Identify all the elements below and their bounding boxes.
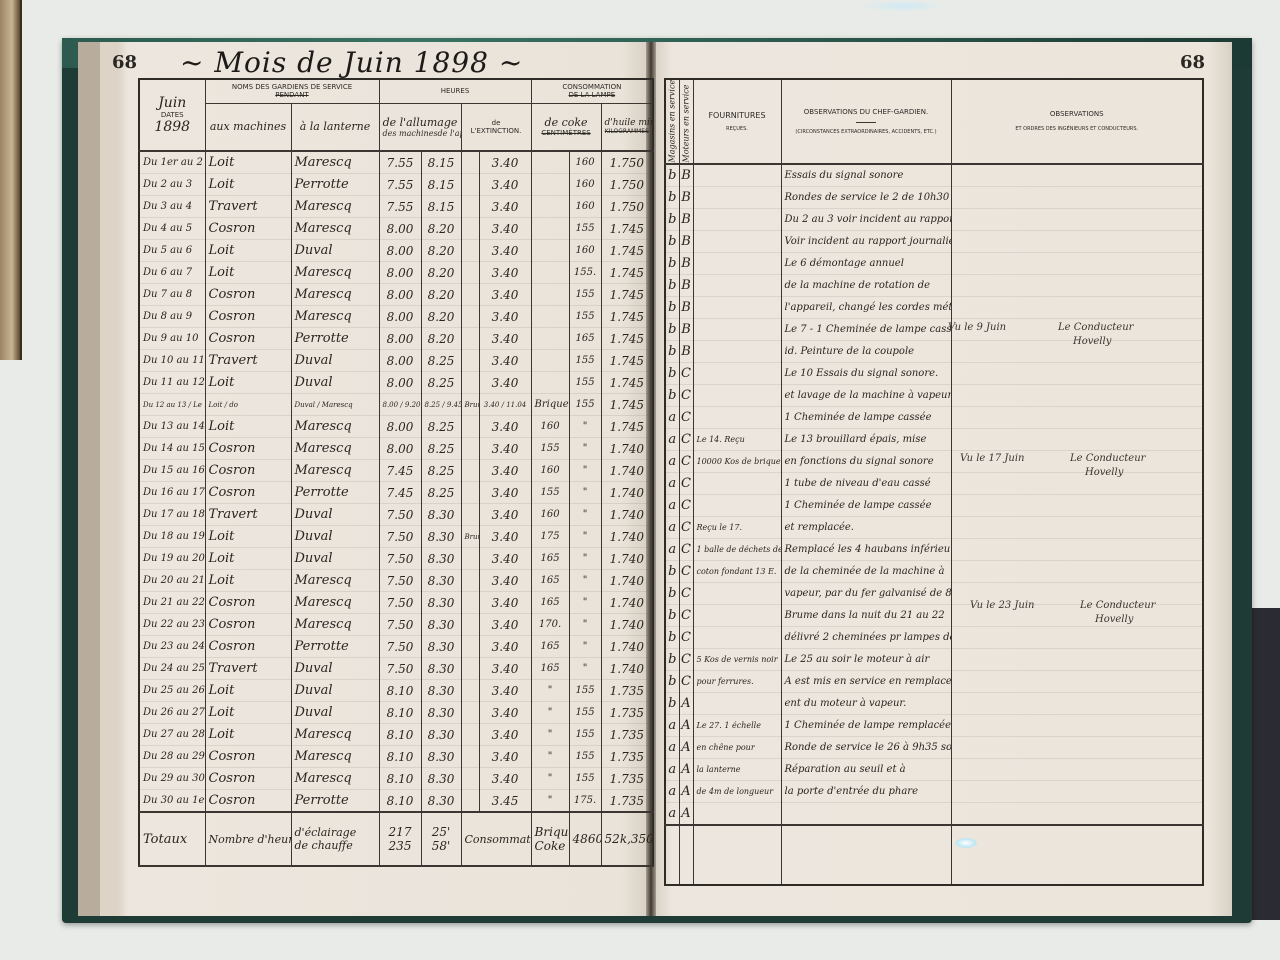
lantern-guard-cell: Marescq xyxy=(291,746,379,768)
oil-cell: 1.735 xyxy=(601,702,653,724)
supplies-cell xyxy=(693,164,781,187)
oil-cell: 1.750 xyxy=(601,174,653,196)
supplies-cell xyxy=(693,582,781,604)
light-reflection xyxy=(858,0,948,12)
supplies-cell xyxy=(693,406,781,428)
lighting-apparatus-cell: 8.25 xyxy=(421,438,461,460)
supplies-cell xyxy=(693,604,781,626)
chief-observation-cell: 1 tube de niveau d'eau cassé xyxy=(781,472,951,494)
coke-cell: " xyxy=(569,526,601,548)
extinction-time-cell: 3.40 xyxy=(479,416,531,438)
coke-struck-label: centimètres xyxy=(535,129,598,137)
extinction-note-cell xyxy=(461,416,479,438)
coke-cell: 155 xyxy=(569,218,601,240)
extinction-note-cell xyxy=(461,151,479,174)
lighting-label: de l'allumage xyxy=(383,116,458,129)
oil-cell: 1.745 xyxy=(601,306,653,328)
lantern-guard-cell: Marescq xyxy=(291,460,379,482)
briquettes-cell: " xyxy=(531,724,569,746)
engineer-observation-cell xyxy=(951,186,1203,208)
supplies-cell xyxy=(693,186,781,208)
oil-cell: 1.745 xyxy=(601,218,653,240)
oil-cell: 1.745 xyxy=(601,372,653,394)
extinction-header: de L'EXTINCTION. xyxy=(461,103,531,151)
extinction-time-cell: 3.40 xyxy=(479,372,531,394)
lighting-machines-cell: 8.00 xyxy=(379,218,421,240)
supplies-cell xyxy=(693,318,781,340)
machines-guard-cell: Loit xyxy=(205,548,291,570)
extinction-note-cell xyxy=(461,262,479,284)
briquettes-cell: 165 xyxy=(531,570,569,592)
lantern-guard-cell: Marescq xyxy=(291,416,379,438)
date-cell: Du 9 au 10 xyxy=(139,328,205,350)
machines-guard-cell: Cosron xyxy=(205,592,291,614)
chief-observation-cell: Essais du signal sonore xyxy=(781,164,951,187)
stores-status-cell: b xyxy=(665,626,679,648)
observations-table: Magasins en service Moteurs en service F… xyxy=(664,78,1204,886)
briquettes-cell: " xyxy=(531,702,569,724)
coke-cell: 155 xyxy=(569,350,601,372)
chief-observation-cell: la porte d'entrée du phare xyxy=(781,780,951,802)
log-row: Du 3 au 4TravertMarescq7.558.153.401601.… xyxy=(139,196,653,218)
lighting-machines-cell: 7.50 xyxy=(379,526,421,548)
observation-row: bBl'appareil, changé les cordes métal. xyxy=(665,296,1203,318)
supplies-sub-label: REÇUES. xyxy=(697,126,778,132)
engineer-observation-cell xyxy=(951,648,1203,670)
lighting-hours-value: 217 xyxy=(383,825,418,839)
engine-status-cell: B xyxy=(679,340,693,362)
extinction-note-cell xyxy=(461,350,479,372)
lighting-apparatus-cell: 8.25 xyxy=(421,460,461,482)
stores-status-cell: b xyxy=(665,340,679,362)
engine-status-cell: B xyxy=(679,186,693,208)
stores-in-service-header: Magasins en service xyxy=(665,79,679,164)
engineer-signature: Hovelly xyxy=(1085,467,1123,478)
engine-status-cell: C xyxy=(679,648,693,670)
observation-row: bCcoton fondant 13 E.de la cheminée de l… xyxy=(665,560,1203,582)
engineer-observation-cell xyxy=(951,736,1203,758)
extinction-time-cell: 3.40 xyxy=(479,482,531,504)
engine-status-cell: A xyxy=(679,758,693,780)
extinction-time-cell: 3.40 xyxy=(479,658,531,680)
machines-guard-cell: Loit xyxy=(205,702,291,724)
machines-guard-cell: Cosron xyxy=(205,328,291,350)
coke-cell: " xyxy=(569,460,601,482)
date-cell: Du 5 au 6 xyxy=(139,240,205,262)
briquettes-cell xyxy=(531,350,569,372)
lighting-apparatus-cell: 8.30 xyxy=(421,724,461,746)
engine-status-cell: C xyxy=(679,406,693,428)
engine-status-cell: C xyxy=(679,560,693,582)
coke-cell: 160 xyxy=(569,151,601,174)
lantern-guard-cell: Perrotte xyxy=(291,482,379,504)
chief-observations-header: OBSERVATIONS DU CHEF-GARDIEN. (CIRCONSTA… xyxy=(781,79,951,164)
log-row: Du 23 au 24CosronPerrotte7.508.303.40165… xyxy=(139,636,653,658)
observation-row: bBDu 2 au 3 voir incident au rapport jou… xyxy=(665,208,1203,230)
engine-status-cell: C xyxy=(679,362,693,384)
extinction-time-cell: 3.40 xyxy=(479,174,531,196)
stores-status-cell: a xyxy=(665,494,679,516)
engine-status-cell: C xyxy=(679,516,693,538)
log-row: Du 21 au 22CosronMarescq7.508.303.40165"… xyxy=(139,592,653,614)
stores-status-cell: b xyxy=(665,362,679,384)
machines-guard-cell: Cosron xyxy=(205,218,291,240)
lantern-guard-cell: Duval xyxy=(291,240,379,262)
lighting-machines-cell: 8.10 xyxy=(379,680,421,702)
lighting-apparatus-cell: 8.30 xyxy=(421,548,461,570)
oil-cell: 1.740 xyxy=(601,482,653,504)
log-row: Du 22 au 23CosronMarescq7.508.303.40170.… xyxy=(139,614,653,636)
date-cell: Du 19 au 20 xyxy=(139,548,205,570)
coke-cell: " xyxy=(569,482,601,504)
date-cell: Du 6 au 7 xyxy=(139,262,205,284)
machines-guard-cell: Loit xyxy=(205,240,291,262)
lantern-guard-cell: Marescq xyxy=(291,768,379,790)
briquettes-cell: 170. xyxy=(531,614,569,636)
extinction-label: L'EXTINCTION. xyxy=(465,127,528,135)
lantern-guard-cell: Perrotte xyxy=(291,636,379,658)
engineer-observation-cell xyxy=(951,472,1203,494)
extinction-time-cell: 3.40 xyxy=(479,218,531,240)
guards-struck-label: pendant xyxy=(209,91,376,99)
supplies-cell xyxy=(693,802,781,825)
lighting-machines-cell: 8.00 xyxy=(379,328,421,350)
coke-cell: 160 xyxy=(569,240,601,262)
machines-guard-cell: Loit xyxy=(205,262,291,284)
stores-status-cell: a xyxy=(665,736,679,758)
extinction-time-cell: 3.40 xyxy=(479,328,531,350)
date-cell: Du 18 au 19 xyxy=(139,526,205,548)
lighting-apparatus-cell: 8.25 xyxy=(421,372,461,394)
supplies-cell: Reçu le 17. xyxy=(693,516,781,538)
consumption-label: CONSOMMATION xyxy=(535,83,650,91)
briquettes-cell xyxy=(531,240,569,262)
briquettes-cell xyxy=(531,306,569,328)
engineer-signature-title: Le Conducteur xyxy=(1080,600,1155,611)
extinction-note-cell xyxy=(461,570,479,592)
supplies-cell: 5 Kos de vernis noir xyxy=(693,648,781,670)
supplies-cell xyxy=(693,208,781,230)
extinction-note-cell xyxy=(461,504,479,526)
lantern-guard-cell: Perrotte xyxy=(291,790,379,813)
log-row: Du 14 au 15CosronMarescq8.008.253.40155"… xyxy=(139,438,653,460)
lighting-machines-cell: 8.10 xyxy=(379,724,421,746)
engine-status-cell: A xyxy=(679,692,693,714)
consumption-total-label: Consommation xyxy=(461,812,531,866)
lantern-guard-cell: Duval / Marescq xyxy=(291,394,379,416)
lighting-machines-cell: 7.50 xyxy=(379,614,421,636)
engineer-observation-cell xyxy=(951,516,1203,538)
extinction-time-cell: 3.40 xyxy=(479,438,531,460)
stores-status-cell: a xyxy=(665,714,679,736)
stores-status-cell: b xyxy=(665,604,679,626)
date-cell: Du 12 au 13 / Le 13 xyxy=(139,394,205,416)
machines-guard-cell: Loit xyxy=(205,526,291,548)
observation-row: aAde 4m de longueurla porte d'entrée du … xyxy=(665,780,1203,802)
observation-row: aC1 Cheminée de lampe cassée xyxy=(665,406,1203,428)
machines-guard-cell: Loit xyxy=(205,174,291,196)
briquettes-cell: 155 xyxy=(531,438,569,460)
log-row: Du 27 au 28LoitMarescq8.108.303.40"1551.… xyxy=(139,724,653,746)
engine-status-cell: C xyxy=(679,384,693,406)
observation-row: bBLe 6 démontage annuel xyxy=(665,252,1203,274)
date-cell: Du 30 au 1er xyxy=(139,790,205,813)
extinction-note-cell xyxy=(461,218,479,240)
oil-cell: 1.745 xyxy=(601,262,653,284)
stores-status-cell: b xyxy=(665,648,679,670)
coke-cell: 155. xyxy=(569,262,601,284)
log-row: Du 20 au 21LoitMarescq7.508.303.40165"1.… xyxy=(139,570,653,592)
chief-observation-cell xyxy=(781,802,951,825)
log-row: Du 25 au 26LoitDuval8.108.303.40"1551.73… xyxy=(139,680,653,702)
lighting-apparatus-cell: 8.30 xyxy=(421,790,461,813)
chief-observation-cell: A est mis en service en remplacem. xyxy=(781,670,951,692)
briquettes-cell: 165 xyxy=(531,636,569,658)
stores-status-cell: a xyxy=(665,428,679,450)
engine-status-cell: B xyxy=(679,164,693,187)
fuel-combined: 4860 xyxy=(569,812,601,866)
engineer-observation-cell xyxy=(951,208,1203,230)
extinction-time-cell: 3.40 xyxy=(479,460,531,482)
oil-cell: 1.740 xyxy=(601,526,653,548)
extinction-time-cell: 3.40 xyxy=(479,196,531,218)
lighting-machines-cell: 7.50 xyxy=(379,504,421,526)
engine-status-cell: B xyxy=(679,296,693,318)
lighting-apparatus-cell: 8.15 xyxy=(421,151,461,174)
date-cell: Du 1er au 2 xyxy=(139,151,205,174)
chief-observation-cell: Brume dans la nuit du 21 au 22 xyxy=(781,604,951,626)
lighting-machines-cell: 8.00 xyxy=(379,350,421,372)
briquettes-cell: 155 xyxy=(531,482,569,504)
machines-guard-cell: Cosron xyxy=(205,746,291,768)
date-cell: Du 8 au 9 xyxy=(139,306,205,328)
machines-guard-cell: Cosron xyxy=(205,460,291,482)
chief-observation-cell: Du 2 au 3 voir incident au rapport journ… xyxy=(781,208,951,230)
briquettes-cell xyxy=(531,151,569,174)
lighting-machines-cell: 7.55 xyxy=(379,196,421,218)
oil-cell: 1.750 xyxy=(601,196,653,218)
extinction-note-cell xyxy=(461,328,479,350)
extinction-time-cell: 3.40 xyxy=(479,306,531,328)
chief-observations-label: OBSERVATIONS DU CHEF-GARDIEN. xyxy=(785,108,948,116)
lantern-guard-cell: Marescq xyxy=(291,262,379,284)
coke-cell: " xyxy=(569,614,601,636)
observation-row: bBVoir incident au rapport journalier du… xyxy=(665,230,1203,252)
lighting-apparatus-cell: 8.20 xyxy=(421,218,461,240)
oil-cell: 1.740 xyxy=(601,614,653,636)
coke-cell: " xyxy=(569,570,601,592)
dates-header: Juin DATES 1898 xyxy=(139,79,205,151)
supplies-cell: de 4m de longueur xyxy=(693,780,781,802)
engine-status-cell: A xyxy=(679,802,693,825)
extinction-note-cell xyxy=(461,460,479,482)
oil-cell: 1.740 xyxy=(601,592,653,614)
fuel-breakdown: Briquettes 2020. Coke 2840. xyxy=(531,812,569,866)
date-cell: Du 29 au 30 xyxy=(139,768,205,790)
engine-status-cell: B xyxy=(679,318,693,340)
coke-cell: 165 xyxy=(569,328,601,350)
extinction-note-cell xyxy=(461,724,479,746)
date-cell: Du 27 au 28 xyxy=(139,724,205,746)
log-row: Du 8 au 9CosronMarescq8.008.203.401551.7… xyxy=(139,306,653,328)
machines-guard-cell: Cosron xyxy=(205,790,291,813)
observation-row: bBEssais du signal sonore xyxy=(665,164,1203,187)
engineer-observation-cell xyxy=(951,362,1203,384)
date-cell: Du 4 au 5 xyxy=(139,218,205,240)
log-row: Du 29 au 30CosronMarescq8.108.303.40"155… xyxy=(139,768,653,790)
lighting-apparatus-cell: 8.20 xyxy=(421,240,461,262)
coke-total-label: Coke xyxy=(535,839,566,853)
chief-observation-cell: Le 25 au soir le moteur à air xyxy=(781,648,951,670)
stores-status-cell: b xyxy=(665,582,679,604)
extinction-time-cell: 3.40 xyxy=(479,592,531,614)
observation-row: bBRondes de service le 2 de 10h30 à 11h3… xyxy=(665,186,1203,208)
coke-cell: 175. xyxy=(569,790,601,813)
engineer-signature-title: Le Conducteur xyxy=(1070,453,1145,464)
engines-in-service-header: Moteurs en service xyxy=(679,79,693,164)
engineer-observation-cell xyxy=(951,780,1203,802)
supplies-label: FOURNITURES xyxy=(697,111,778,120)
engine-status-cell: B xyxy=(679,252,693,274)
log-row: Du 18 au 19LoitDuval7.508.30Brume3.40175… xyxy=(139,526,653,548)
engineer-observation-cell xyxy=(951,758,1203,780)
date-cell: Du 23 au 24 xyxy=(139,636,205,658)
supplies-cell: coton fondant 13 E. xyxy=(693,560,781,582)
machines-guard-cell: Travert xyxy=(205,350,291,372)
oil-cell: 1.745 xyxy=(601,350,653,372)
lighting-apparatus-cell: 8.30 xyxy=(421,680,461,702)
date-cell: Du 15 au 16 xyxy=(139,460,205,482)
coke-cell: 155 xyxy=(569,702,601,724)
extinction-note-cell xyxy=(461,196,479,218)
oil-cell: 1.735 xyxy=(601,680,653,702)
engine-status-cell: A xyxy=(679,714,693,736)
log-row: Du 15 au 16CosronMarescq7.458.253.40160"… xyxy=(139,460,653,482)
chief-observation-cell: 1 Cheminée de lampe cassée xyxy=(781,494,951,516)
machines-guard-cell: Loit xyxy=(205,570,291,592)
oil-cell: 1.735 xyxy=(601,724,653,746)
oil-total: 52k,350 xyxy=(601,812,653,866)
lighting-machines-cell: 8.00 xyxy=(379,306,421,328)
lighting-machines-cell: 8.10 xyxy=(379,768,421,790)
extinction-time-cell: 3.40 xyxy=(479,240,531,262)
oil-struck-label: kilogrammes xyxy=(605,128,650,135)
lighting-apparatus-cell: 8.15 xyxy=(421,174,461,196)
lantern-guard-cell: Duval xyxy=(291,658,379,680)
lantern-guard-cell: Marescq xyxy=(291,151,379,174)
observation-row: bBid. Peinture de la coupole xyxy=(665,340,1203,362)
lighting-header: de l'allumage des machines de l'appareil xyxy=(379,103,461,151)
lighting-machines-cell: 8.10 xyxy=(379,746,421,768)
heating-hours-label: de chauffe xyxy=(295,839,376,852)
lighting-machines-cell: 8.00 xyxy=(379,416,421,438)
extinction-note-cell xyxy=(461,614,479,636)
chief-observation-cell: Réparation au seuil et à xyxy=(781,758,951,780)
chief-observation-cell: ent du moteur à vapeur. xyxy=(781,692,951,714)
stores-status-cell: b xyxy=(665,252,679,274)
lantern-guard-cell: Duval xyxy=(291,680,379,702)
lighting-machines-cell: 8.00 xyxy=(379,438,421,460)
log-row: Du 26 au 27LoitDuval8.108.303.40"1551.73… xyxy=(139,702,653,724)
date-cell: Du 13 au 14 xyxy=(139,416,205,438)
heating-hours-value: 235 xyxy=(383,839,418,853)
hours-totals: 217 235 xyxy=(379,812,421,866)
log-row: Du 9 au 10CosronPerrotte8.008.203.401651… xyxy=(139,328,653,350)
observation-row: aALe 27. 1 échelle1 Cheminée de lampe re… xyxy=(665,714,1203,736)
extinction-note-cell xyxy=(461,240,479,262)
month-label: Juin xyxy=(143,95,202,111)
lighting-apparatus-cell: 8.25 xyxy=(421,350,461,372)
supplies-cell xyxy=(693,362,781,384)
chief-observation-cell: Le 13 brouillard épais, mise xyxy=(781,428,951,450)
coke-cell: " xyxy=(569,636,601,658)
oil-cell: 1.735 xyxy=(601,768,653,790)
machines-guard-cell: Travert xyxy=(205,196,291,218)
stores-status-cell: b xyxy=(665,296,679,318)
supplies-cell xyxy=(693,626,781,648)
extinction-time-cell: 3.40 xyxy=(479,746,531,768)
extinction-note-cell xyxy=(461,372,479,394)
oil-cell: 1.740 xyxy=(601,438,653,460)
log-row: Du 30 au 1erCosronPerrotte8.108.303.45"1… xyxy=(139,790,653,813)
coke-cell: " xyxy=(569,438,601,460)
observation-row: aCReçu le 17.et remplacée. xyxy=(665,516,1203,538)
extinction-note-cell xyxy=(461,768,479,790)
lighting-apparatus-cell: 8.30 xyxy=(421,658,461,680)
observation-row: aA xyxy=(665,802,1203,825)
briquettes-cell xyxy=(531,284,569,306)
briquettes-cell: Briquet. 30. xyxy=(531,394,569,416)
engineer-observations-header: OBSERVATIONS ET ORDRES DES INGÉNIEURS ET… xyxy=(951,79,1203,164)
chief-observation-cell: de la cheminée de la machine à xyxy=(781,560,951,582)
observation-row: aCLe 14. ReçuLe 13 brouillard épais, mis… xyxy=(665,428,1203,450)
engine-status-cell: B xyxy=(679,208,693,230)
extinction-note-cell: Brume xyxy=(461,526,479,548)
date-cell: Du 3 au 4 xyxy=(139,196,205,218)
coke-cell: 155 xyxy=(569,746,601,768)
supplies-cell: en chêne pour xyxy=(693,736,781,758)
extinction-time-cell: 3.40 xyxy=(479,724,531,746)
engine-status-cell: C xyxy=(679,494,693,516)
observation-row: bCet lavage de la machine à vapeur xyxy=(665,384,1203,406)
lighting-hours-label: d'éclairage xyxy=(295,826,376,839)
chief-observation-cell: et remplacée. xyxy=(781,516,951,538)
briquettes-label: Briquettes xyxy=(535,825,570,839)
chief-observation-cell: Le 6 démontage annuel xyxy=(781,252,951,274)
observation-row: bCpour ferrures.A est mis en service en … xyxy=(665,670,1203,692)
log-row: Du 17 au 18TravertDuval7.508.303.40160"1… xyxy=(139,504,653,526)
lighting-minutes-value: 25' xyxy=(425,825,458,839)
briquettes-cell: 165 xyxy=(531,548,569,570)
lighting-machines-cell: 8.00 xyxy=(379,284,421,306)
date-cell: Du 20 au 21 xyxy=(139,570,205,592)
lantern-guard-cell: Marescq xyxy=(291,218,379,240)
supplies-cell: la lanterne xyxy=(693,758,781,780)
coke-header: de coke centimètres xyxy=(531,103,601,151)
machines-guard-cell: Loit / do xyxy=(205,394,291,416)
lantern-guard-cell: Duval xyxy=(291,504,379,526)
engine-status-cell: A xyxy=(679,736,693,758)
engine-status-cell: C xyxy=(679,472,693,494)
engineer-signature: Hovelly xyxy=(1073,336,1111,347)
lighting-machines-cell: 8.00 xyxy=(379,240,421,262)
stores-status-cell: a xyxy=(665,758,679,780)
lighting-apparatus-cell: 8.25 xyxy=(421,416,461,438)
observation-row: bCLe 10 Essais du signal sonore. xyxy=(665,362,1203,384)
lantern-guard-cell: Marescq xyxy=(291,196,379,218)
extinction-time-cell: 3.40 xyxy=(479,284,531,306)
briquettes-cell xyxy=(531,372,569,394)
